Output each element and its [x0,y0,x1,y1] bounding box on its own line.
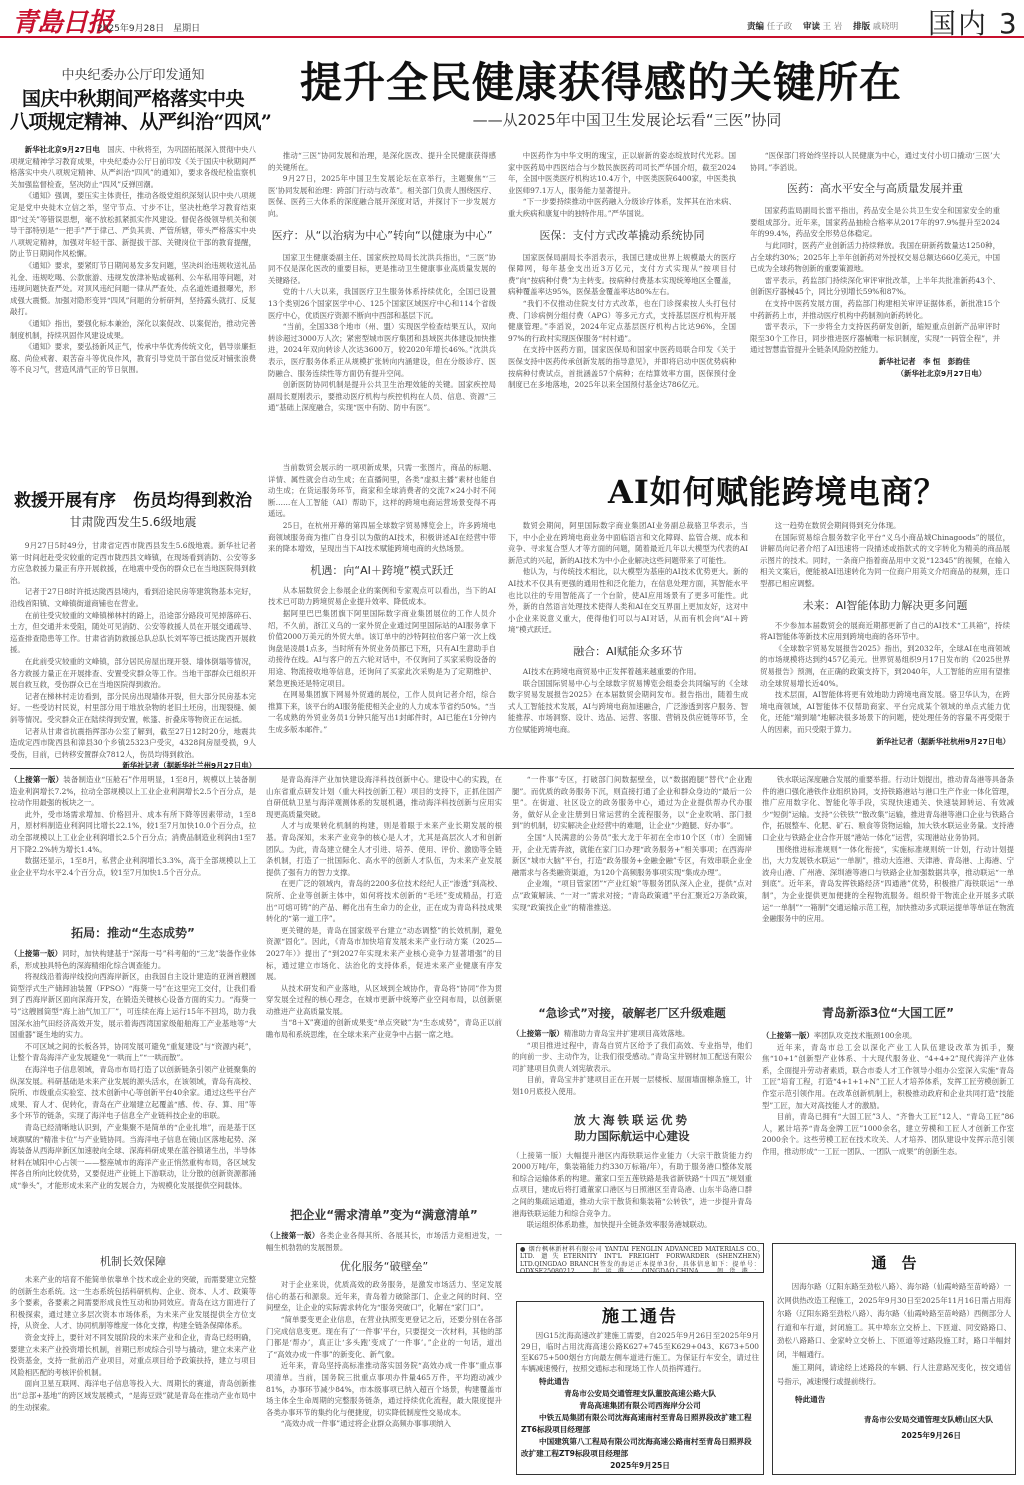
health-col-c: “医保部门将始终坚持以人民健康为中心，通过支付小切口撬动‘三医’大协同。”李滔说… [750,150,1000,452]
paragraph: 创新医防协同机制是提升公共卫生治理效能的关键。国家疾控局副局长夏刚表示，要推动医… [268,379,496,414]
section-heading: 放大海铁联运优势 [512,1112,752,1128]
paragraph: 在更广泛的领域内，青岛的2200多位技术经纪人正“渗透”到高校、院所、企业等创新… [266,878,502,924]
paragraph: 面向卫星互联网、海洋电子信息等投入大、周期长的赛道，青岛创新推出“总部+基地”的… [10,1378,256,1413]
paragraph: AI技术在跨境电商贸易中正发挥着越来越重要的作用。 [508,666,748,678]
notice-body: 因G15沈海高速改扩建施工需要，自2025年9月26日至2025年9月29日，临… [521,1330,759,1374]
paragraph: 他认为，与传统技术相比，以大模型为基座的AI技术优势更大。新的AI技术不仅具有更… [508,566,748,636]
byline: 新华社记者 李 恒 彭韵佳 [879,357,970,366]
continued-tag: （上接第一版） [10,775,63,784]
byline: 新华社记者（据新华社兰州9月27日电） [10,760,256,772]
article-body: （上接第一版）精准助力青岛宝井扩建项目高效落地。 “项目推进过程中，青岛自贸片区… [512,1028,752,1098]
paragraph: “医保部门将始终坚持以人民健康为中心，通过支付小切口撬动‘三医’大协同。”李滔说… [750,150,1000,173]
paragraph: 在支持中医药方面，国家医保局和国家中医药局联合印发《关于医保支持中医药传承创新发… [508,344,736,390]
paragraph: 从技术研发和产业落地，从区域到全域协作，青岛将“协同”作为贯穿发展全过程的核心理… [266,983,502,1018]
article-headline: AI如何赋能跨境电商？ [608,472,947,512]
article-craftsmen: 铁水联运深度融合发展的重要举措。行动计划提出，推动青岛港等具备条件的港口强化港铁… [762,774,1014,1240]
section-heading: 拓局：推动“生态成势” [10,924,256,942]
paragraph: 更关键的是，青岛在国家级平台建立“动态调整”的长效机制，避免资源“固化”。因此，… [266,925,502,983]
article-body: 9月27日5时49分，甘肃省定西市陇西县发生5.6级地震。新华社记者第一时间赶赴… [10,540,256,760]
paragraph: 资金支持上，要针对不同发展阶段的未来产业和企业，青岛已经明确，要建立未来产业投资… [10,1332,256,1378]
notice-signatory: 青岛高速集团有限公司西海岸分公司 [521,1400,759,1412]
article-industry: （上接第一版）装备制造业“压舱石”作用明显，1至8月，规模以上装备制造业利润增长… [10,774,256,914]
paragraph: 全国“人民满意的公务员”张大龙于年初在全市10个区（市）全面铺开，企业无需奔波，… [512,832,752,878]
notice-special: 特此通告 [777,1392,1011,1408]
notice-title: 施工通告 [521,1306,759,1328]
article-ai: 当前数贸会展示的一项项新成果，只需一张图片，商品的标题、详情、属性就会自动生成；… [268,462,1024,757]
paragraph: 这一趋势在数贸会期间得到充分体现。 [760,520,1010,532]
article-body: 是青岛海洋产业加快建设海洋科技创新中心。建设中心的实践，在山东省重点研发计划（重… [266,774,502,1194]
paragraph: 雷平表示，药监部门持续深化审评审批改革，上半年共批准新药43个、创新医疗器械45… [750,275,1000,298]
paragraph: 《通知》指出，要强化标本兼治，深化以案促改、以案促治，推动完善制度机制，持续巩固… [10,318,256,341]
paragraph: 不可区域之间的长板各异，协同发展可避免“重复建设”与“资源内耗”，让整个青岛海洋… [10,1041,256,1064]
paragraph: 《全球数字贸易发展报告2025》指出，到2032年，全球AI在电商领域的市场规模… [760,643,1010,689]
paragraph: 在此前受灾较重的文峰镇，部分居民房屋出现开裂、墙体倒塌等情况，各方救援力量正在开… [10,656,256,691]
ai-col-middle: 数贸会期间，阿里国际数字商业集团AI业务副总裁骆卫华表示，当下，中小企业在跨境电… [508,520,748,757]
paragraph: 施工期间，请途经上述路段的车辆、行人注意路况变化，按交通信号指示，减速慢行或提前… [777,1361,1011,1388]
notice-signatory: 中铁五局集团有限公司沈海高速南村至青岛日照界段改扩建工程ZT6标段项目经理部 [521,1412,759,1436]
paragraph: 雷平表示，下一步将全力支持医药研发创新，缩短重点创新产品审评时限至30个工作日，… [750,321,1000,356]
section-heading: “急诊式”对接，破解老厂区升级难题 [512,1004,752,1022]
paragraph: 当“8＋X”赛道的创新成果变“单点突破”为“生态成势”，青岛正以前瞻布局和系统思… [266,1017,502,1040]
paragraph: （上接第一版）大幅提升港区内海铁联运作业能力（大宗干散货能力约2000万吨/年，… [512,1150,752,1220]
paragraph: 推动“三医”协同发展和治理，是深化医改、提升全民健康获得感的关键所在。 [268,150,496,173]
section-divider [10,768,1014,769]
paragraph: 在支持中医药发展方面，药监部门构建相关审评证据体系，新批准15个中药新药上市，并… [750,298,1000,321]
paragraph: 铁水联运深度融合发展的重要举措。行动计划提出，推动青岛港等具备条件的港口强化港铁… [762,774,1014,844]
paragraph: 记者在梯林村走访看到，部分民房出现墙体开裂，但大部分民房基本完好。一些受访村民说… [10,691,256,726]
section-heading: 助力国际航运中心建设 [512,1128,752,1144]
paragraph: 在海洋电子信息领域，青岛市布局打造了以创新链条引领产业链聚集的纵深发展。科研基础… [10,1064,256,1122]
paragraph: 从本届数贸会上参展企业的案例和专家观点可以看出，当下的AI技术已可助力跨境贸易企… [268,585,496,608]
notice-body: 因海尔路（辽阳东路至劲松八路）、海尔路（仙霞岭路至苗岭路）一次网供热改造工程施工… [777,1280,1011,1388]
paragraph: 数据还显示，1至8月，私营企业利润增长3.3%，高于全部规模以上工业企业平均水平… [10,855,256,878]
bullet-icon: ● [520,1246,526,1253]
notice-signatory: 中国建筑第八工程局有限公司沈海高速公路南村至青岛日照界段改扩建工程ZT9标段项目… [521,1436,759,1460]
paragraph: 国家医保局副局长李滔表示，我国已建成世界上规模最大的医疗保障网，每年基金支出近3… [508,252,736,298]
article-kicker: 中央纪委办公厅印发通知 [10,68,256,84]
article-body: （上接第一版）同时，加快构建基于“深海一号”科考船的“三龙”装备作业体系，形成独… [10,948,256,1248]
article-subhead: ——从2025年中国卫生发展论坛看“三医”协同 [290,110,1024,130]
article-subhead: 甘肃陇西发生5.6级地震 [10,514,256,530]
paragraph: 国家卫生健康委副主任、国家疾控局局长沈洪兵指出，“三医”协同不仅是深化医改的重要… [268,252,496,287]
paragraph: 近年来，青岛坚持高标准推动落实国务院“高效办成一件事”重点事项清单。当前，国务院… [266,1360,502,1418]
paragraph: 未来产业的培育不能简单依靠单个技术或企业的突破，而需要建立完整的创新生态系统。这… [10,1274,256,1332]
article-headline: 八项规定精神、从严纠治“四风” [10,111,256,134]
notice-date: 2025年9月26日 [777,1428,1011,1444]
section-heading: 机制长效保障 [10,1254,256,1270]
paragraph: 据阿里巴巴集团旗下阿里国际数字商业集团展位的工作人员介绍，不久前，浙江义乌的一家… [268,608,496,689]
section-heading: 医疗：从“以治病为中心”转向“以健康为中心” [268,228,496,244]
paragraph: 记者于27日8时许抵达陇西县境内，看到沿途民房等建筑物基本完好，沿线首阳镇、文峰… [10,586,256,609]
paragraph: 是青岛海洋产业加快建设海洋科技创新中心。建设中心的实践，在山东省重点研发计划（重… [266,774,502,820]
article-body: （上接第一版）各类企业各得其所、各展其长，市场活力竞相迸发，一幅生机勃勃的发展图… [266,1230,502,1253]
paragraph: 当前数贸会展示的一项项新成果，只需一张图片，商品的标题、详情、属性就会自动生成；… [268,462,496,520]
paragraph: 企业端，“项目管家团”“产业红娘”等服务团队深入企业，提供“点对点”政策解读、“… [512,878,752,913]
section-heading: 青岛新添3位“大国工匠” [762,1004,1014,1022]
paragraph: 25日，在杭州开幕的第四届全球数字贸易博览会上，许多跨境电商领域服务商为推广自身… [268,520,496,555]
paragraph: “高效办成一件事”通过将企业群众高频办事事项纳入 [266,1418,502,1430]
paragraph: 将视线沿着海岸线投向西海岸新区，由我国自主设计建造的亚洲首艘圆筒型浮式生产储卸油… [10,971,256,1041]
paragraph: 在前往受灾较重的文峰镇梯林村的路上，沿途部分路段可见掉落碎石、土方，但交通并未受… [10,610,256,656]
article-body: （上接第一版）大幅提升港区内海铁联运作业能力（大宗干散货能力约2000万吨/年，… [512,1150,752,1232]
article-body: 对于企业来说，优质高效的政务服务，是激发市场活力、坚定发展信心的基石和源泉。近年… [266,1279,502,1469]
article-body: 未来产业的培育不能简单依靠单个技术或企业的突破，而需要建立完整的创新生态系统。这… [10,1274,256,1424]
credit-name: 王 岩 [823,22,843,32]
continued-tag: （上接第一版） [512,1029,564,1038]
paragraph: 联运组织体系助推，加快提升全链条效率服务港城联动。 [512,1219,752,1231]
article-body: “一件事”专区，打破部门间数据壁垒，以“数据跑腿”替代“企业跑腿”。而优质的政务… [512,774,752,974]
paragraph: 精准助力青岛宝井扩建项目高效落地。 [564,1029,690,1038]
paragraph: 《通知》强调，要压实主体责任，推动各级党组织深刻认识中央八项规定是党中央徙木立信… [10,190,256,260]
paragraph: 党的十八大以来，我国医疗卫生服务体系持续优化，全国已设置13个类别26个国家医学… [268,286,496,321]
editorial-credits: 责编 任子政 审读 王 岩 排版 戚晓明 [747,20,906,32]
notice-title: 通 告 [777,1252,1011,1274]
paragraph: 9月27日，2025年中国卫生发展论坛在京举行，主题聚焦“‘三医’协同发展和治理… [268,173,496,219]
paragraph: 9月27日5时49分，甘肃省定西市陇西县发生5.6级地震。新华社记者第一时间赶赴… [10,540,256,586]
notice-lost-bill: ● 烟台枫林新材料有限公司 YANTAI FENGLIN ADVANCED MA… [516,1243,764,1273]
section-heading: 融合：AI赋能众多环节 [508,644,748,660]
section-heading: 未来：AI智能体助力解决更多问题 [760,598,1010,614]
paragraph: 在网易集团旗下网易外贸通的展位，工作人员向记者介绍，综合推算下来，该平台的AI服… [268,689,496,735]
paragraph: 人才与成果转化机制的构建，则是着眼于未来产业长期发展的根基。青岛深知，未来产业竞… [266,820,502,878]
paragraph: 近年来，青岛市总工会以深化产业工人队伍建设改革为抓手，聚焦“10+1”创新型产业… [762,1042,1014,1112]
article-body: （上接第一版）率团队攻克技术瓶颈100余项。 近年来，青岛市总工会以深化产业工人… [762,1030,1014,1240]
paragraph: “简单要变更企业信息，在营业执照变更登记之后，还要分别在各部门完成信息变更。现在… [266,1314,502,1360]
credit-name: 任子政 [767,22,793,32]
paragraph: 中医药作为中华文明的瑰宝，正以崭新的姿态绽放时代光彩。国家中医药局中西医结合与少… [508,150,736,196]
paragraph: “一件事”专区，打破部门间数据壁垒，以“数据跑腿”替代“企业跑腿”。而优质的政务… [512,774,752,832]
article-discipline: 中央纪委办公厅印发通知 国庆中秋期间严格落实中央 八项规定精神、从严纠治“四风”… [10,68,256,404]
dateline: 新华社北京9月27日电 [25,145,100,154]
paragraph: 率团队攻克技术瓶颈100余项。 [814,1031,917,1040]
paragraph: 目前，青岛已拥有“大国工匠”3人、“齐鲁大工匠”12人、“青岛工匠”86人，累计… [762,1111,1014,1157]
paragraph: 因海尔路（辽阳东路至劲松八路）、海尔路（仙霞岭路至苗岭路）一次网供热改造工程施工… [777,1280,1011,1361]
notice-body: 烟台枫林新材料有限公司 YANTAI FENGLIN ADVANCED MATE… [520,1246,760,1273]
continued-tag: （上接第一版） [266,1231,319,1240]
notice-construction-g15: 施工通告 因G15沈海高速改扩建施工需要，自2025年9月26日至2025年9月… [516,1301,764,1475]
article-body: 铁水联运深度融合发展的重要举措。行动计划提出，推动青岛港等具备条件的港口强化港铁… [762,774,1014,994]
paragraph: 国家药监局副局长雷平指出，药品安全是公共卫生安全和国家安全的重要组成部分。近年来… [750,205,1000,240]
paragraph: “下一步要持续推动中医药融入分级诊疗体系，发挥其在治未病、重大疾病和康复中的独特… [508,196,736,219]
paragraph: 围绕推进标准规则“一体化衔接”，实施标准规则统一计划，行动计划提出，大力发展铁水… [762,844,1014,925]
paragraph: 记者从甘肃省抗震指挥部办公室了解到，截至27日12时20分，地震共造成定西市陇西… [10,726,256,761]
dateline: （新华社北京9月27日电） [897,369,986,378]
continued-tag: （上接第一版） [762,1031,814,1040]
paragraph: 《通知》要求，要弘扬新风正气，传承中华优秀传统文化，倡导崇廉拒腐、尚俭戒奢、艰苦… [10,341,256,376]
paragraph: 不少参加本届数贸会的展商近期都更新了自己的AI技术“工具箱”，持续将AI智能体等… [760,620,1010,643]
credit-role: 排版 [853,22,870,32]
paragraph: 数贸会期间，阿里国际数字商业集团AI业务副总裁骆卫华表示，当下，中小企业在跨境电… [508,520,748,566]
health-columns: 推动“三医”协同发展和治理，是深化医改、提升全民健康获得感的关键所在。 9月27… [268,150,1014,452]
paragraph: “当前，全国338个地市（州、盟）实现医学检查结果互认，双向转诊超过3000万人… [268,321,496,379]
article-headline: 提升全民健康获得感的关键所在 [290,58,1024,108]
health-col-a: 推动“三医”协同发展和治理，是深化医改、提升全民健康获得感的关键所在。 9月27… [268,150,496,452]
section-heading: 医药：高水平安全与高质量发展并重 [750,181,1000,197]
health-col-b: 中医药作为中华文明的瑰宝，正以崭新的姿态绽放时代光彩。国家中医药局中西医结合与少… [508,150,736,452]
paragraph: 此外，受市场需求增加、价格回升、成本有所下降等因素带动，1至8月，原材料制造业利… [10,809,256,855]
paragraph: “项目推进过程中，青岛自贸片区给予了我们高效、专业指导，他们的向前一步、主动作为… [512,1040,752,1075]
paragraph: 与此同时，医药产业创新活力持续释放。我国在研新药数量达1250种，占全球约30%… [750,240,1000,275]
byline: 新华社记者（据新华社杭州9月27日电） [876,737,1010,746]
notice-text: ● 烟台枫林新材料有限公司 YANTAI FENGLIN ADVANCED MA… [520,1246,760,1273]
notice-general: 通 告 因海尔路（辽阳东路至劲松八路）、海尔路（仙霞岭路至苗岭路）一次网供热改造… [772,1243,1016,1475]
credit-role: 审读 [803,22,820,32]
paragraph: 青岛已经清晰地认识到，产业集聚不是简单的“企业扎堆”，而是基于区域禀赋的“精准卡… [10,1122,256,1192]
section-heading: 优化服务“破壁垒” [266,1259,502,1275]
section-heading: 医保：支付方式改革撬动系统协同 [508,228,736,244]
ai-col-right: 这一趋势在数贸会期间得到充分体现。 在国际贸易综合服务数字化平台“义乌小商品城C… [760,520,1010,757]
article-transit: “一件事”专区，打破部门间数据壁垒，以“数据跑腿”替代“企业跑腿”。而优质的政务… [512,774,752,1232]
ai-col-left: 当前数贸会展示的一项项新成果，只需一张图片，商品的标题、详情、属性就会自动生成；… [268,462,496,757]
article-body: 新华社北京9月27日电 国庆、中秋将至，为巩固拓展深入贯彻中央八项规定精神学习教… [10,144,256,404]
notice-signatory: 青岛市公安局交通管理支队崂山区大队 [777,1412,1011,1428]
credit-role: 责编 [747,22,764,32]
paragraph: “我们不仅推动住院支付方式改革，也在门诊探索按人头打包付费、门诊病例分组付费（A… [508,298,736,344]
paragraph: 《通知》要求，要紧盯节日期间易发多发问题，坚决纠治违规收送礼品礼金、违规吃喝、公… [10,260,256,318]
masthead: 青島日报 2025年9月28日 星期日 责编 任子政 审读 王 岩 排版 戚晓明… [0,0,1024,38]
notice-special: 特此通告 [521,1376,759,1388]
article-earthquake: 救援开展有序 伤员均得到救治 甘肃陇西发生5.6级地震 9月27日5时49分，甘… [10,490,256,772]
continued-tag: （上接第一版） [10,949,62,958]
section-heading: 把企业“需求清单”变为“满意清单” [266,1206,502,1224]
article-ocean: 拓局：推动“生态成势” （上接第一版）同时，加快构建基于“深海一号”科考船的“三… [10,924,256,1424]
paragraph: 在国际贸易综合服务数字化平台“义乌小商品城Chinagoods”的展位，讲解员向… [760,532,1010,590]
masthead-divider [0,36,1024,38]
article-headline: 救援开展有序 伤员均得到救治 [10,490,256,512]
issue-date: 2025年9月28日 星期日 [97,21,200,34]
credit-name: 戚晓明 [873,22,899,32]
article-health: 提升全民健康获得感的关键所在 ——从2025年中国卫生发展论坛看“三医”协同 [290,58,1024,130]
article-enterprise: 是青岛海洋产业加快建设海洋科技创新中心。建设中心的实践，在山东省重点研发计划（重… [266,774,502,1469]
notice-signatory: 青岛市公安局交通管理支队董胶高速公路大队 [521,1388,759,1400]
section-heading: 机遇：向“AI＋跨境”模式跃迁 [268,563,496,579]
paragraph: 对于企业来说，优质高效的政务服务，是激发市场活力、坚定发展信心的基石和源泉。近年… [266,1279,502,1314]
paragraph: 技术层面，AI智能体将更有效地助力跨境电商发展。骆卫华认为，在跨境电商领域，AI… [760,689,1010,735]
paragraph: 联合国国际贸易中心与全球数字贸易博览会组委会共同编写的《全球数字贸易发展报告20… [508,678,748,736]
notice-date: 2025年9月25日 [521,1460,759,1472]
article-headline: 国庆中秋期间严格落实中央 [10,88,256,111]
paragraph: 目前，青岛宝井扩建项目正在开展一层楼板、屋面墙面檩条施工，计划10月底投入使用。 [512,1074,752,1097]
